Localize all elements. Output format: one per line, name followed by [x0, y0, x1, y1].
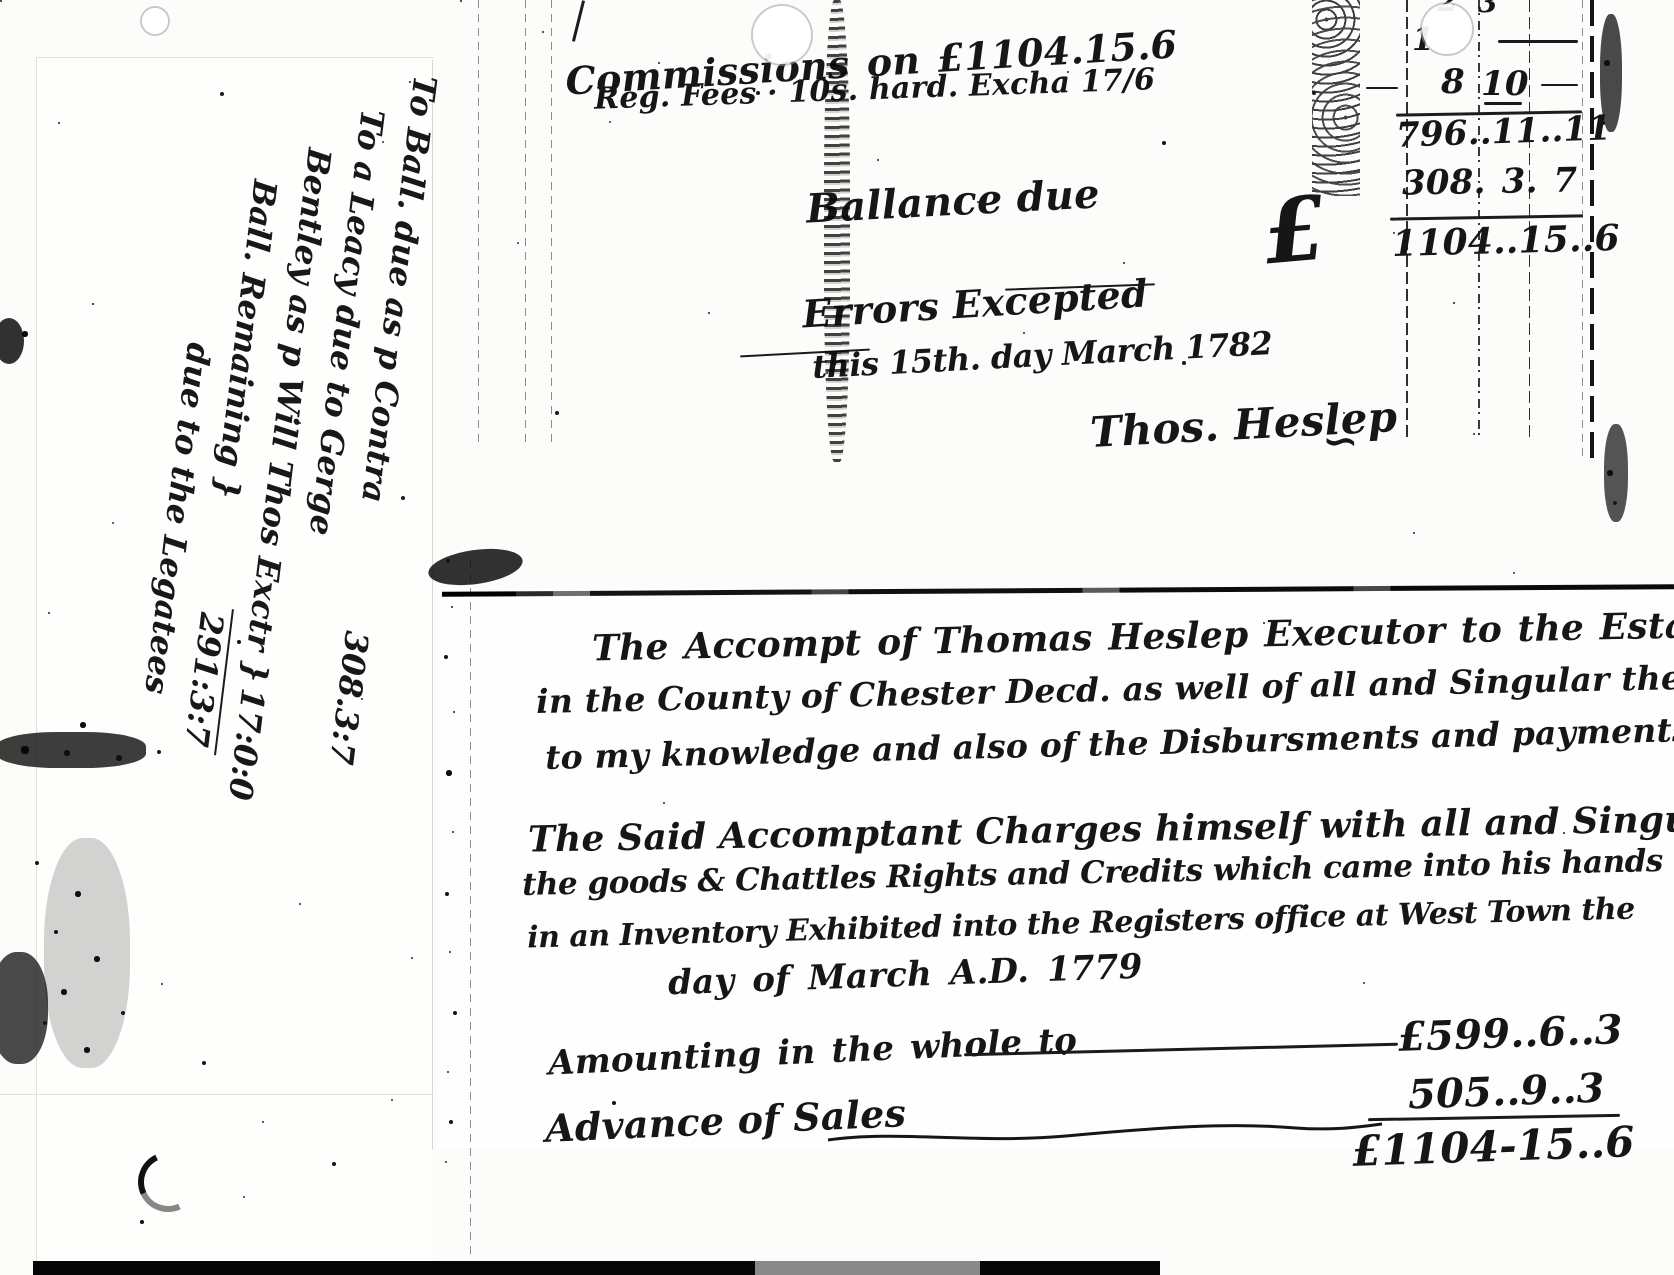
ink-smudge-left-3 [0, 952, 48, 1064]
table-row1-dash [1498, 40, 1578, 43]
toner-streak-right [1312, 0, 1360, 196]
table-partial-pence: 3 [1478, 0, 1498, 19]
fold-dashed-line [470, 560, 471, 1260]
table-balance-row: 308. 3. 7 [1402, 160, 1578, 203]
toner-streak-center [824, 0, 850, 462]
grand-total-value: £1104-15..6 [1351, 1117, 1635, 1176]
ink-smudge-right-2 [1604, 424, 1628, 522]
scanned-document-page: To Ball. due as p Contra 308.3:7 To a Le… [0, 0, 1674, 1275]
punch-hole-top-right [1422, 4, 1472, 54]
table-row2-shillings: 8 [1441, 62, 1465, 102]
left-sheet-left-edge [36, 57, 37, 1262]
left-sheet-crease [0, 1094, 433, 1095]
ink-smudge-left-4 [44, 838, 130, 1068]
table-row2-pence: 10 [1481, 64, 1529, 104]
date-line: this 15th. day March 1782 [811, 324, 1273, 386]
table-row2-dash-right [1541, 84, 1578, 86]
errors-excepted-line: Errors Excepted [801, 270, 1149, 336]
noise-speckles-right [460, 0, 462, 2]
punch-hole-top-left [142, 8, 168, 34]
advance-wavy-line [826, 1112, 1386, 1152]
noise-speckles-fold [447, 560, 449, 562]
copier-black-bar [33, 1261, 1160, 1275]
punch-hole-top-center [753, 6, 811, 64]
signature-flourish: ∽ [1322, 416, 1359, 467]
table-row2-dash-left [1366, 87, 1398, 89]
advance-value: 505..9..3 [1407, 1065, 1605, 1119]
ledger-margin-rule-1 [478, 0, 479, 445]
ledger-margin-rule-3 [551, 0, 552, 445]
cutoff-pen-stroke [572, 0, 585, 41]
table-total: 1104..15..6 [1391, 217, 1620, 265]
ink-smudge-left-1 [0, 318, 24, 364]
ink-smudge-right-1 [1600, 14, 1622, 132]
scan-smudge-corner [426, 544, 525, 591]
ink-smudge-left-2 [0, 732, 146, 768]
table-row2-underline [1484, 102, 1522, 105]
sheet-fold-line [432, 60, 433, 1150]
table-subtotal: 796..11..11 [1395, 108, 1611, 155]
ledger-margin-rule-2 [525, 0, 526, 445]
copier-black-bar-gap [755, 1261, 980, 1275]
noise-speckles-left [0, 0, 2, 2]
amounting-value: £599..6..3 [1397, 1006, 1623, 1061]
